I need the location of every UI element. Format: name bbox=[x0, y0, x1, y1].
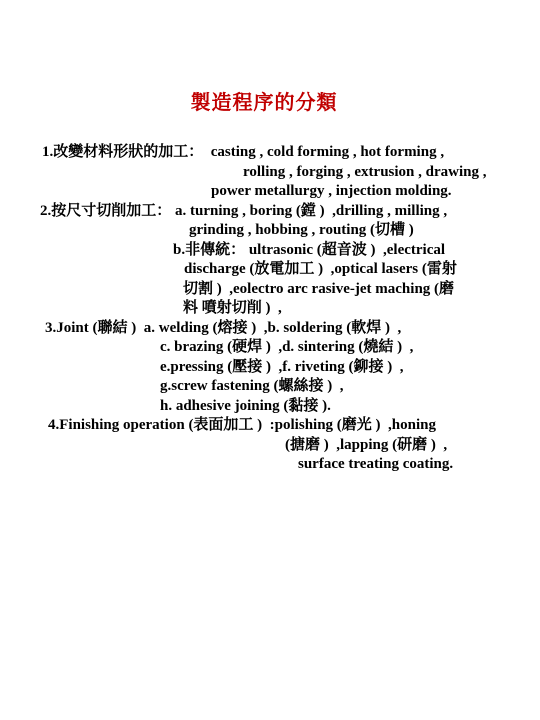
body-line-6: b.非傳統： ultrasonic (超音波 ) ,electrical bbox=[0, 241, 540, 261]
body-line-17: surface treating coating. bbox=[0, 455, 540, 475]
body-line-1: 1.改變材料形狀的加工： casting , cold forming , ho… bbox=[0, 143, 540, 163]
slide-body-text: 1.改變材料形狀的加工： casting , cold forming , ho… bbox=[0, 143, 540, 475]
body-line-5: grinding , hobbing , routing (切槽 ) bbox=[0, 221, 540, 241]
body-line-15: 4.Finishing operation (表面加工 ) :polishing… bbox=[0, 416, 540, 436]
body-line-12: e.pressing (壓接 ) ,f. riveting (鉚接 ) , bbox=[0, 358, 540, 378]
body-line-10: 3.Joint (聯結 ) a. welding (熔接 ) ,b. solde… bbox=[0, 319, 540, 339]
body-line-14: h. adhesive joining (黏接 ). bbox=[0, 397, 540, 417]
body-line-13: g.screw fastening (螺絲接 ) , bbox=[0, 377, 540, 397]
body-line-11: c. brazing (硬焊 ) ,d. sintering (燒結 ) , bbox=[0, 338, 540, 358]
body-line-7: discharge (放電加工 ) ,optical lasers (雷射 bbox=[0, 260, 540, 280]
body-line-8: 切割 ) ,eolectro arc rasive-jet maching (磨 bbox=[0, 280, 540, 300]
body-line-9: 料 噴射切削 ) , bbox=[0, 299, 540, 319]
body-line-16: (搪磨 ) ,lapping (研磨 ) , bbox=[0, 436, 540, 456]
body-line-3: power metallurgy , injection molding. bbox=[0, 182, 540, 202]
slide-title: 製造程序的分類 bbox=[0, 92, 528, 114]
presentation-slide: 製造程序的分類 1.改變材料形狀的加工： casting , cold form… bbox=[0, 0, 540, 720]
body-line-4: 2.按尺寸切削加工： a. turning , boring (鏜 ) ,dri… bbox=[0, 202, 540, 222]
body-line-2: rolling , forging , extrusion , drawing … bbox=[0, 163, 540, 183]
